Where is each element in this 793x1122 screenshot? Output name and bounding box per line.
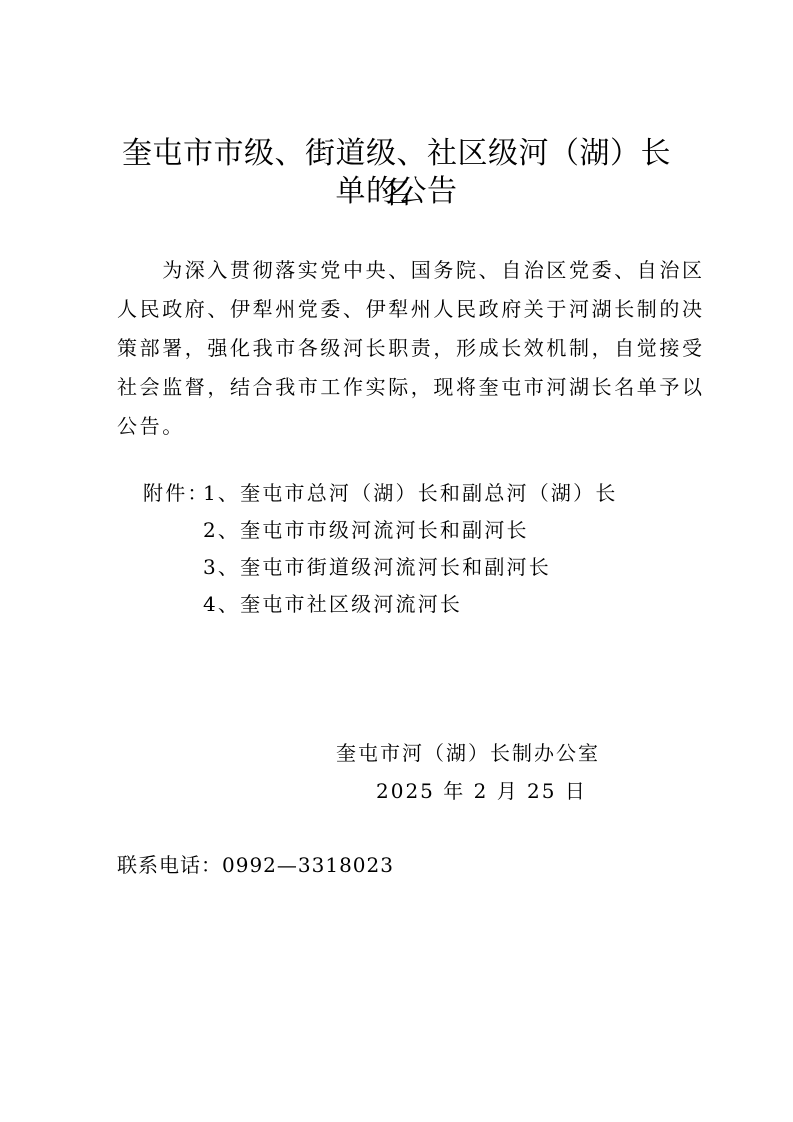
body-line-5: 公告。 [117,414,677,438]
body-line-3: 策部署，强化我市各级河长职责，形成长效机制，自觉接受 [117,336,677,360]
attachment-item-2: 2、奎屯市市级河流河长和副河长 [203,518,529,542]
document-page: 奎屯市市级、街道级、社区级河（湖）长名 单的公告 为深入贯彻落实党中央、国务院、… [0,0,793,1122]
attachment-item-4: 4、奎屯市社区级河流河长 [203,592,462,616]
body-line-1: 为深入贯彻落实党中央、国务院、自治区党委、自治区 [117,258,677,282]
document-title-line-2: 单的公告 [110,172,683,212]
attachment-item-1: 1、奎屯市总河（湖）长和副总河（湖）长 [203,481,618,505]
body-line-4: 社会监督，结合我市工作实际，现将奎屯市河湖长名单予以 [117,375,677,399]
signature-date: 2025 年 2 月 25 日 [376,779,587,803]
attachment-item-3: 3、奎屯市街道级河流河长和副河长 [203,555,551,579]
signature-office: 奎屯市河（湖）长制办公室 [336,741,600,765]
contact-phone: 联系电话：0992—3318023 [117,853,394,877]
body-line-2: 人民政府、伊犁州党委、伊犁州人民政府关于河湖长制的决 [117,297,677,321]
attachments-label: 附件： [143,481,210,505]
